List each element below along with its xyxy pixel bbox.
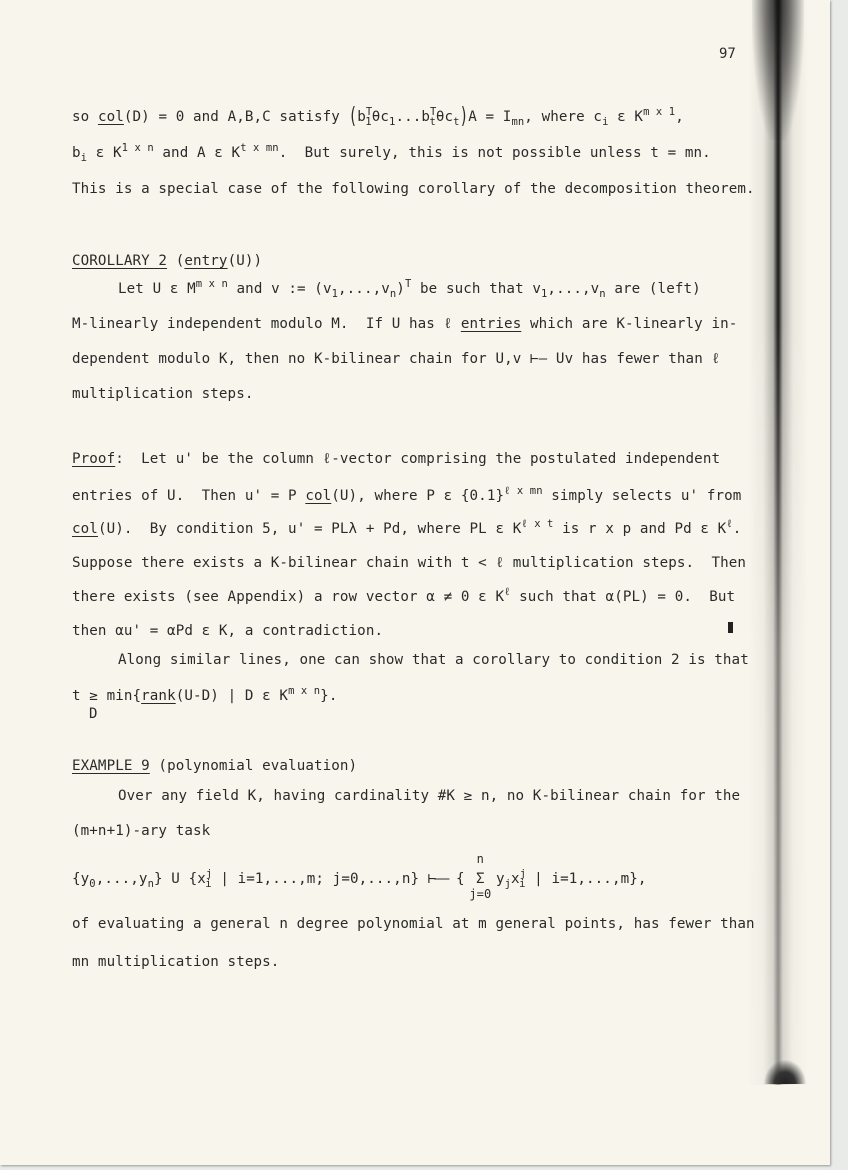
scanned-page: 97 so col(D) = 0 and A,B,C satisfy (bT1θ… [0,0,830,1165]
proof-line-5: there exists (see Appendix) a row vector… [72,588,735,606]
proof-line-1: Proof: Let u' be the column ℓ-vector com… [72,450,720,468]
qed-box-icon [728,622,733,633]
summation: nΣj=0 [473,870,487,888]
proof-line-6: then αu' = αPd ε K, a contradiction. [72,622,383,640]
corollary-line-3: dependent modulo K, then no K-bilinear c… [72,350,720,368]
binding-shadow-foot [764,1060,806,1084]
proof-label: Proof [72,451,115,467]
corollary-line-2: M-linearly independent modulo M. If U ha… [72,315,737,333]
corollary-line-4: multiplication steps. [72,385,253,403]
example-heading: EXAMPLE 9 (polynomial evaluation) [72,757,357,775]
binding-shadow [748,0,808,1085]
page-number: 97 [719,46,736,62]
remark-line-2: t ≥ min{rank(U-D) | D ε Km x n}. [72,687,337,705]
intro-line-1: so col(D) = 0 and A,B,C satisfy (bT1θc1.… [72,108,684,126]
remark-line-1: Along similar lines, one can show that a… [118,651,749,669]
proof-line-4: Suppose there exists a K-bilinear chain … [72,554,746,572]
min-subscript: D [89,706,97,722]
proof-line-3: col(U). By condition 5, u' = PLλ + Pd, w… [72,520,741,538]
example-line-3: of evaluating a general n degree polynom… [72,915,755,933]
intro-line-2: bi ε K1 x n and A ε Kt x mn. But surely,… [72,144,711,162]
example-line-2: (m+n+1)-ary task [72,822,210,840]
example-line-1: Over any field K, having cardinality #K … [118,787,740,805]
corollary-line-1: Let U ε Mm x n and v := (v1,...,vn)T be … [118,280,701,298]
example-line-4: mn multiplication steps. [72,953,279,971]
proof-line-2: entries of U. Then u' = P col(U), where … [72,487,741,505]
intro-line-3: This is a special case of the following … [72,180,755,198]
example-formula: {y0,...,yn} U {xji | i=1,...,m; j=0,...,… [72,870,647,888]
corollary-heading: COROLLARY 2 (entry(U)) [72,252,262,270]
